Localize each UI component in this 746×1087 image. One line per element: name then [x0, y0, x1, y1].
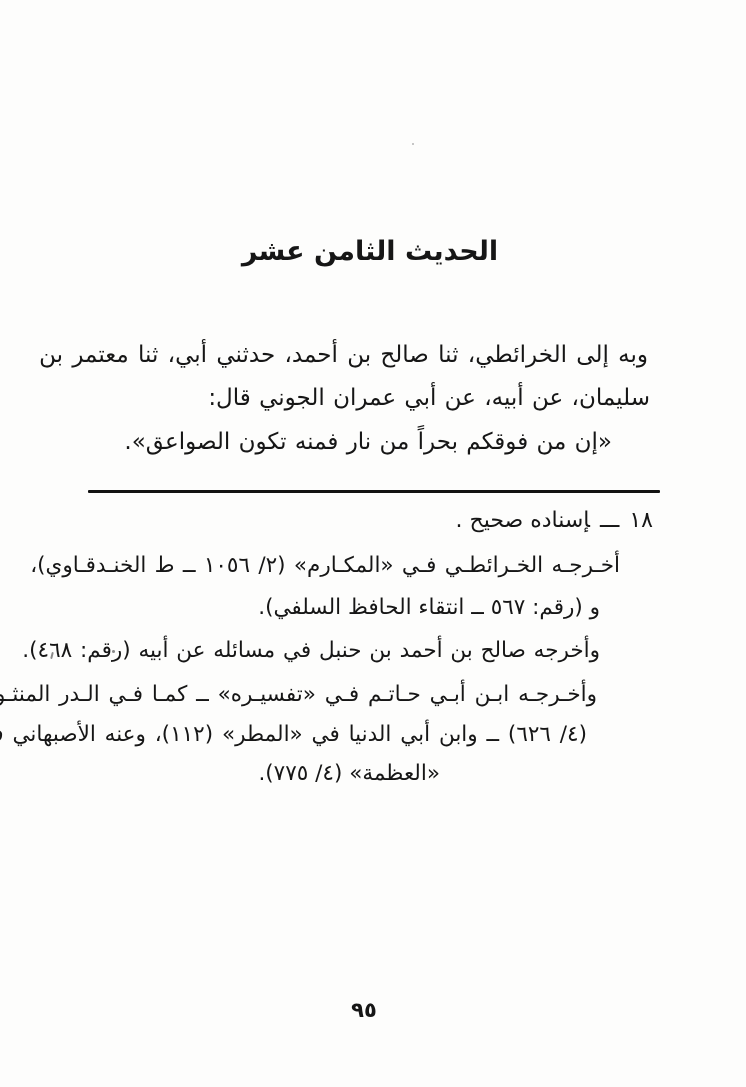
footnote-verdict: إسناده صحيح .	[456, 508, 591, 533]
book-page: الحديث الثامن عشر وبه إلى الخرائطي، ثنا …	[0, 0, 746, 1087]
hadith-text: «إن من فوقكم بحراً من نار فمنه تكون الصو…	[124, 425, 612, 459]
isnad-line-1: وبه إلى الخرائطي، ثنا صالح بن أحمد، حدثن…	[39, 338, 648, 372]
footnote-line: (٤/ ٦٢٦) ــ وابن أبي الدنيا في «المطر» (…	[0, 718, 587, 751]
footnote-number: ١٨	[629, 508, 653, 533]
footnote-line: وأخـرجـه ابـن أبـي حـاتـم فـي «تفسيـره» …	[0, 678, 597, 711]
footnote-line: و (رقم: ٥٦٧ ــ انتقاء الحافظ السلفي).	[258, 591, 600, 624]
footnote-line: وأخرجه صالح بن أحمد بن حنبل في مسائله عن…	[22, 634, 600, 667]
scan-speck	[412, 143, 414, 145]
footnote-line: أخـرجـه الخـرائطـي فـي «المكـارم» (٢/ ١٠…	[30, 549, 620, 582]
footnote-dash: ـــ	[590, 508, 629, 533]
footnote-heading: ١٨ـــإسناده صحيح .	[456, 505, 654, 537]
chapter-title: الحديث الثامن عشر	[0, 236, 740, 267]
scan-speck	[112, 650, 115, 653]
footnote-line: «العظمة» (٤/ ٧٧٥).	[258, 757, 440, 790]
isnad-line-2: سليمان، عن أبيه، عن أبي عمران الجوني قال…	[208, 381, 650, 415]
page-number: ٩٥	[0, 998, 728, 1022]
footnote-separator-rule	[88, 490, 660, 493]
